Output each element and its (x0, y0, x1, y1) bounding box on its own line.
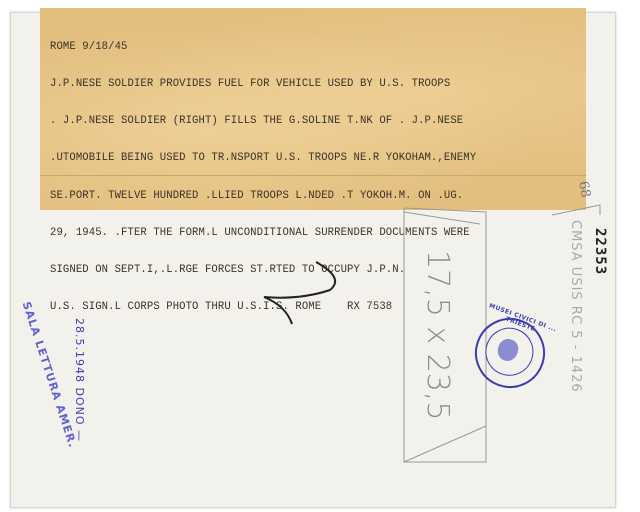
donation-date-stamp: 28.5.1948 DONO — (73, 318, 86, 442)
pen-squiggle-mark (264, 262, 335, 324)
pencil-marks (0, 0, 640, 512)
pencil-dimensions: 17,5 x 23,5 (420, 250, 455, 420)
